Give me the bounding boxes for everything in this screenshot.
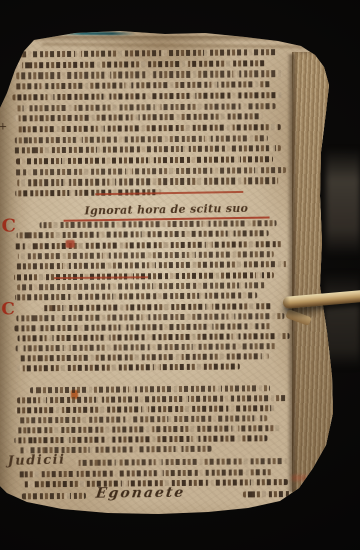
rubricated-initial-2: C <box>1 299 15 319</box>
script-line <box>14 323 271 331</box>
rubric-heading: Ignorat hora de scitu suo <box>63 201 269 221</box>
rubricated-initial-1: C <box>1 215 16 236</box>
script-line <box>17 124 281 132</box>
text-block-upper <box>0 0 358 2</box>
script-line <box>15 292 257 300</box>
margin-cross-mark: + <box>0 122 7 133</box>
script-line <box>30 385 270 393</box>
script-line <box>17 363 240 371</box>
script-line <box>17 395 288 404</box>
script-line <box>16 70 283 79</box>
script-line <box>18 251 274 259</box>
script-line <box>12 92 283 101</box>
script-line <box>13 60 265 68</box>
text-block-second <box>0 0 358 2</box>
script-line <box>16 261 287 270</box>
script-line <box>14 435 267 443</box>
script-line <box>14 113 263 121</box>
script-line <box>19 353 269 361</box>
script-line <box>42 303 271 311</box>
script-line <box>40 220 277 228</box>
script-line <box>22 493 86 500</box>
script-line <box>16 425 280 433</box>
script-line <box>18 415 267 423</box>
script-line <box>243 491 291 498</box>
script-line <box>18 333 290 342</box>
script-line <box>16 343 277 351</box>
red-accent-mark <box>66 240 75 248</box>
script-line <box>15 135 268 143</box>
script-line <box>15 405 275 413</box>
script-line <box>76 458 288 466</box>
script-line <box>17 231 269 239</box>
manuscript-page: Ignorat hora de scitu suo C C Judicii Eg… <box>0 0 360 550</box>
handwritten-text-area: Ignorat hora de scitu suo C C Judicii Eg… <box>0 0 360 550</box>
pointer-stick-shadow <box>280 308 326 318</box>
text-block-fourth <box>0 0 358 2</box>
script-line <box>14 81 270 89</box>
script-line <box>17 178 278 186</box>
script-line <box>16 156 273 164</box>
script-line <box>16 313 284 322</box>
background-shadow-patch-upper <box>326 148 360 256</box>
text-block-bottom <box>0 0 358 2</box>
photo-background: Ignorat hora de scitu suo C C Judicii Eg… <box>0 0 360 550</box>
script-line <box>15 49 278 57</box>
bottom-ornate-word: Egonaete <box>95 485 186 502</box>
script-line <box>17 282 266 290</box>
script-line <box>15 241 282 250</box>
script-line <box>19 469 272 477</box>
script-line <box>14 167 286 176</box>
text-block-third <box>0 0 358 2</box>
large-word-judicii: Judicii <box>7 453 65 470</box>
script-line <box>16 103 276 111</box>
script-line <box>13 145 281 154</box>
red-ink-smudge <box>292 475 308 481</box>
